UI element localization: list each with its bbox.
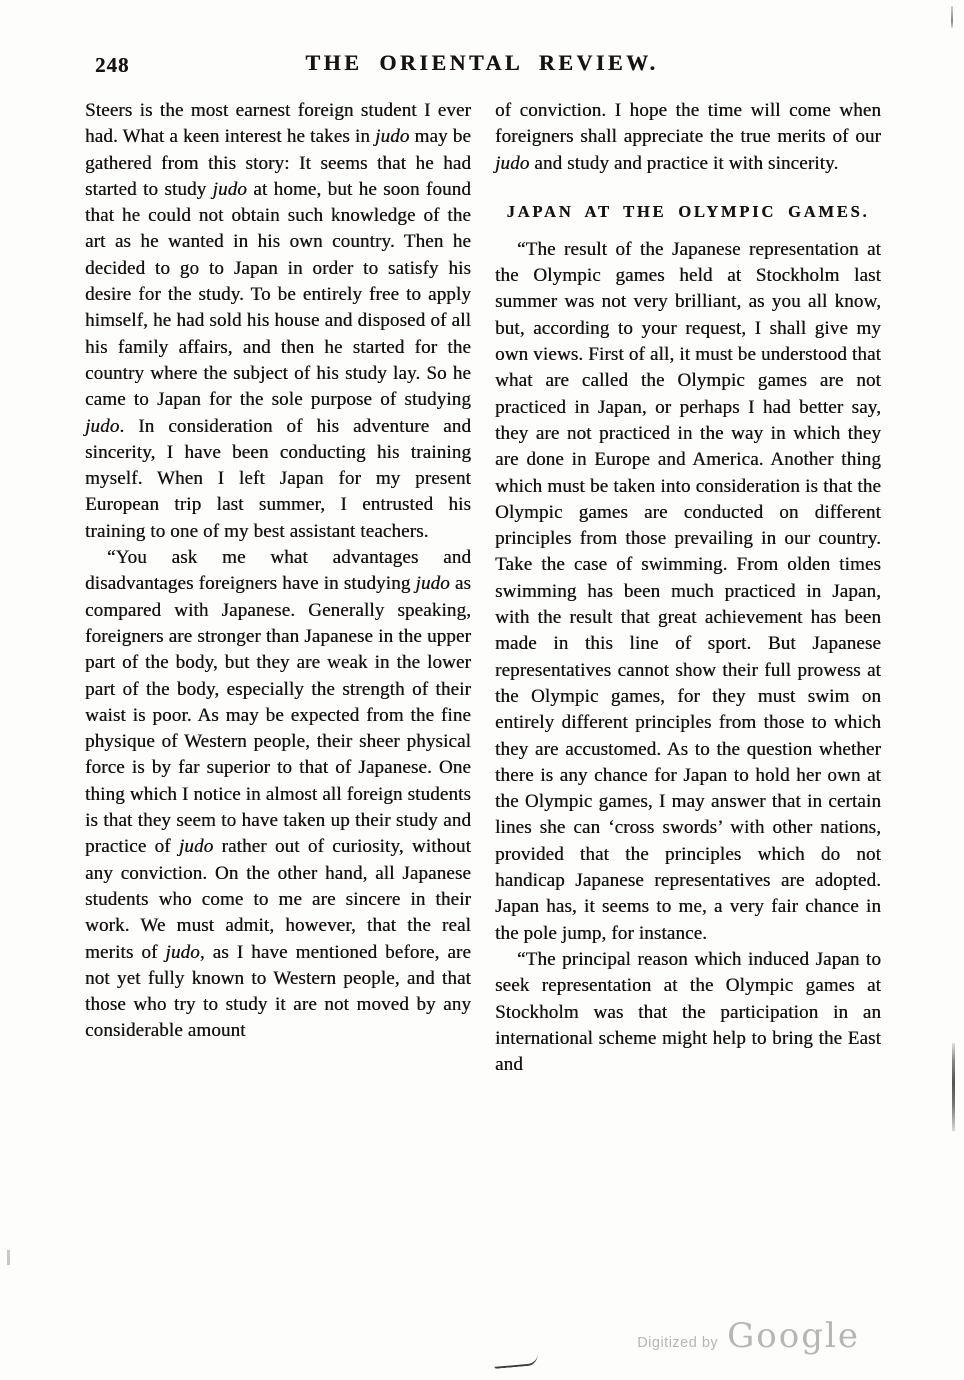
paragraph: “You ask me what advantages and disadvan…: [85, 545, 471, 1045]
paragraph: “The result of the Japanese representati…: [495, 237, 881, 947]
paragraph: of conviction. I hope the time will come…: [495, 98, 881, 177]
scanned-book-page: 248 THE ORIENTAL REVIEW. Steers is the m…: [0, 0, 964, 1380]
watermark-prefix: Digitized by: [637, 1335, 718, 1351]
page-number: 248: [95, 53, 130, 78]
scan-artifact-bottom-curve: [494, 1354, 539, 1369]
column-left: Steers is the most earnest foreign stude…: [85, 98, 471, 1078]
paragraph: Steers is the most earnest foreign stude…: [85, 98, 471, 545]
page-header: 248 THE ORIENTAL REVIEW.: [0, 50, 964, 80]
google-watermark: Digitized by Google: [637, 1316, 860, 1356]
journal-title: THE ORIENTAL REVIEW.: [0, 50, 964, 76]
column-right: of conviction. I hope the time will come…: [495, 98, 881, 1078]
section-heading: JAPAN AT THE OLYMPIC GAMES.: [495, 202, 881, 222]
text-columns: Steers is the most earnest foreign stude…: [85, 98, 881, 1078]
paragraph: “The principal reason which induced Japa…: [495, 947, 881, 1078]
google-logo: Google: [727, 1316, 860, 1356]
scan-artifact-left-edge: [7, 1250, 10, 1265]
scan-artifact-top-right: [951, 6, 953, 28]
scan-artifact-right-edge: [952, 1043, 955, 1131]
